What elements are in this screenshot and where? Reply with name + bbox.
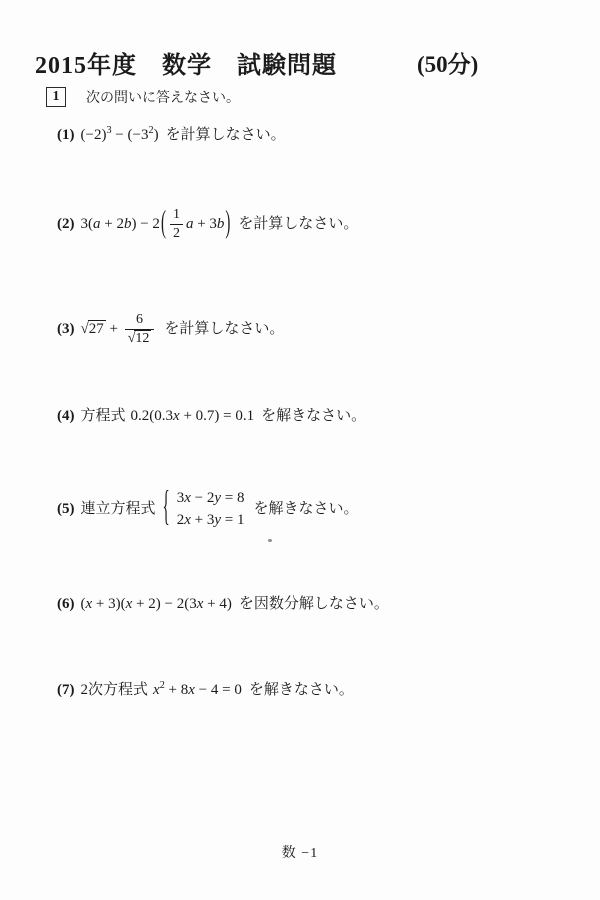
problem-suffix: を解きなさい。 <box>261 408 366 424</box>
problem-formula: x2 + 8x − 4 = 0 <box>153 682 242 698</box>
problem-number: (6) <box>57 596 75 612</box>
problem-suffix: を解きなさい。 <box>254 501 359 517</box>
problem-suffix: を解きなさい。 <box>249 682 354 698</box>
problem-number: (1) <box>57 127 75 143</box>
problem-prefix: 方程式 <box>81 408 126 424</box>
problem-number: (5) <box>57 501 75 517</box>
problem-7: (7)2次方程式x2 + 8x − 4 = 0を解きなさい。 <box>57 679 354 701</box>
problem-3: (3)√27 + 6√12を計算しなさい。 <box>57 312 284 347</box>
problem-prefix: 2次方程式 <box>81 682 149 698</box>
page-title: 2015年度 数学 試験問題 <box>35 45 337 80</box>
problem-number: (7) <box>57 682 75 698</box>
problem-5: (5)連立方程式{3x − 2y = 82x + 3y = 1を解きなさい。 <box>57 489 359 530</box>
problem-formula: (−2)3 − (−32) <box>81 127 159 143</box>
problem-suffix: を因数分解しなさい。 <box>239 596 389 612</box>
section-number-box: 1 <box>46 87 66 107</box>
problem-suffix: を計算しなさい。 <box>166 127 286 143</box>
section-header: 1 次の問いに答えなさい。 <box>46 87 240 107</box>
section-instruction: 次の問いに答えなさい。 <box>86 87 240 107</box>
problem-formula: {3x − 2y = 82x + 3y = 1 <box>161 501 247 517</box>
problem-formula: (x + 3)(x + 2) − 2(3x + 4) <box>81 596 232 612</box>
problem-4: (4)方程式0.2(0.3x + 0.7) = 0.1を解きなさい。 <box>57 406 366 427</box>
problem-2: (2)3(a + 2b) − 2(12a + 3b)を計算しなさい。 <box>57 207 358 242</box>
problem-suffix: を計算しなさい。 <box>238 216 358 232</box>
problem-number: (2) <box>57 216 75 232</box>
problem-number: (4) <box>57 408 75 424</box>
page-footer: 数 −1 <box>0 842 600 862</box>
problem-formula: √27 + 6√12 <box>81 321 158 337</box>
problem-6: (6)(x + 3)(x + 2) − 2(3x + 4)を因数分解しなさい。 <box>57 594 389 615</box>
problem-suffix: を計算しなさい。 <box>164 321 284 337</box>
scan-artifact-dot <box>268 539 272 542</box>
problem-prefix: 連立方程式 <box>81 501 156 517</box>
problem-number: (3) <box>57 321 75 337</box>
exam-duration: (50分) <box>417 46 478 79</box>
problem-formula: 0.2(0.3x + 0.7) = 0.1 <box>131 408 255 424</box>
problem-1: (1)(−2)3 − (−32)を計算しなさい。 <box>57 124 286 146</box>
problem-formula: 3(a + 2b) − 2(12a + 3b) <box>81 216 232 232</box>
exam-page: 2015年度 数学 試験問題 (50分) 1 次の問いに答えなさい。 (1)(−… <box>0 0 600 900</box>
